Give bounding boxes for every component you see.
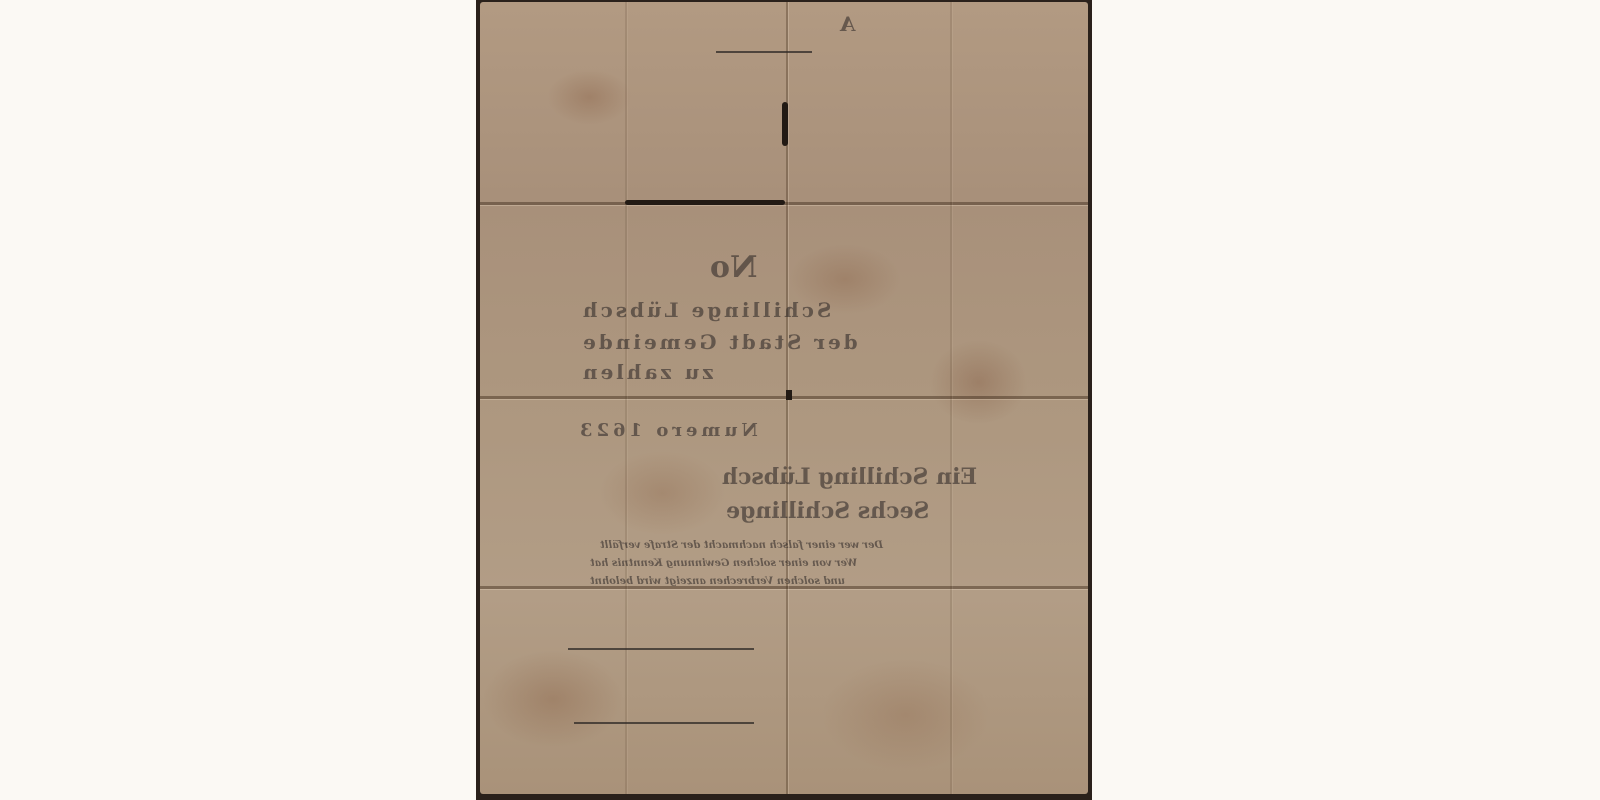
heading: No: [710, 250, 757, 285]
signature-line: [568, 648, 754, 650]
text-line: Schillinge Lübsch: [580, 298, 831, 322]
crease: [950, 2, 952, 794]
ink-rule: [716, 51, 812, 53]
text-line: der Stadt Gemeinde: [580, 330, 858, 354]
crease: [625, 2, 627, 794]
denomination-line: Sechs Schillinge: [726, 498, 929, 524]
fold-line: [480, 396, 1088, 399]
tear: [782, 102, 788, 146]
signature-line: [574, 722, 754, 724]
banknote-photo: A No Schillinge Lübsch der Stadt Gemeind…: [476, 0, 1092, 800]
tear: [625, 200, 785, 205]
denomination-line: Ein Schilling Lübsch: [722, 464, 977, 490]
tear: [786, 390, 792, 400]
serial-line: Numero 1623: [576, 420, 758, 441]
text-line: zu zahlen: [580, 360, 714, 384]
footer-line: Wer von einer solchen Gewinnung Kenntnis…: [590, 558, 857, 569]
footer-line: und solchen Verbrechen anzeigt wird belo…: [590, 576, 845, 587]
top-mark: A: [840, 12, 856, 36]
paper-sheet: A No Schillinge Lübsch der Stadt Gemeind…: [480, 2, 1088, 794]
footer-line: Der wer einer falsch nachmacht der Straf…: [600, 540, 883, 551]
